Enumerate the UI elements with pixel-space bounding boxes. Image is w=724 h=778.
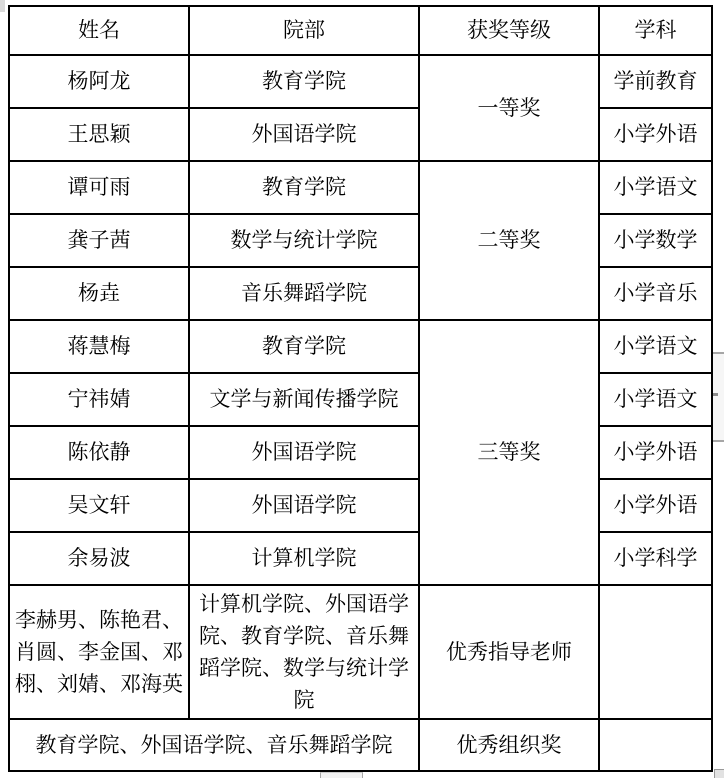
cell-award-second-prize: 二等奖: [419, 161, 599, 320]
cell-subject: 学前教育: [599, 55, 712, 108]
cell-name: 蒋慧梅: [9, 320, 189, 373]
page-edge-artifact: [0, 0, 5, 12]
table-row: 陈依静 外国语学院 小学外语: [9, 426, 712, 479]
horizontal-scrollbar-thumb[interactable]: [320, 772, 363, 778]
cell-award-third-prize: 三等奖: [419, 320, 599, 585]
header-department: 院部: [189, 6, 419, 55]
cell-subject: 小学语文: [599, 373, 712, 426]
cell-subject: 小学数学: [599, 214, 712, 267]
cell-department: 外国语学院: [189, 108, 419, 161]
cell-name: 余易波: [9, 532, 189, 585]
cell-name: 谭可雨: [9, 161, 189, 214]
cell-subject-empty: [599, 719, 712, 771]
cell-subject: 小学外语: [599, 479, 712, 532]
scrollbar-corner: [714, 769, 724, 778]
table-row: 杨阿龙 教育学院 一等奖 学前教育: [9, 55, 712, 108]
table-row: 谭可雨 教育学院 二等奖 小学语文: [9, 161, 712, 214]
table-row: 王思颖 外国语学院 小学外语: [9, 108, 712, 161]
header-award-level: 获奖等级: [419, 6, 599, 55]
cell-subject: 小学语文: [599, 161, 712, 214]
cell-award-organization: 优秀组织奖: [419, 719, 599, 771]
cell-subject: 小学外语: [599, 108, 712, 161]
cell-name: 吴文轩: [9, 479, 189, 532]
cell-subject: 小学语文: [599, 320, 712, 373]
header-name: 姓名: [9, 6, 189, 55]
cell-department: 文学与新闻传播学院: [189, 373, 419, 426]
table-row: 余易波 计算机学院 小学科学: [9, 532, 712, 585]
cell-department: 外国语学院: [189, 426, 419, 479]
header-subject: 学科: [599, 6, 712, 55]
cell-department: 数学与统计学院: [189, 214, 419, 267]
cell-department: 外国语学院: [189, 479, 419, 532]
cell-tutor-departments: 计算机学院、外国语学院、教育学院、音乐舞蹈学院、数学与统计学院: [189, 585, 419, 719]
cell-subject: 小学音乐: [599, 267, 712, 320]
table-row-organization-award: 教育学院、外国语学院、音乐舞蹈学院 优秀组织奖: [9, 719, 712, 771]
cell-name: 杨垚: [9, 267, 189, 320]
cell-department: 教育学院: [189, 161, 419, 214]
cell-subject: 小学科学: [599, 532, 712, 585]
cell-award-tutor: 优秀指导老师: [419, 585, 599, 719]
table-row: 蒋慧梅 教育学院 三等奖 小学语文: [9, 320, 712, 373]
scrollbar-grip-icon: [713, 393, 718, 396]
award-table: 姓名 院部 获奖等级 学科 杨阿龙 教育学院 一等奖 学前教育 王思颖 外国语学…: [8, 5, 713, 772]
cell-name: 龚子茜: [9, 214, 189, 267]
cell-department: 教育学院: [189, 55, 419, 108]
table-row: 吴文轩 外国语学院 小学外语: [9, 479, 712, 532]
cell-name: 陈依静: [9, 426, 189, 479]
cell-department: 教育学院: [189, 320, 419, 373]
cell-organization-departments: 教育学院、外国语学院、音乐舞蹈学院: [9, 719, 419, 771]
cell-name: 王思颖: [9, 108, 189, 161]
cell-subject: 小学外语: [599, 426, 712, 479]
cell-subject-empty: [599, 585, 712, 719]
vertical-scrollbar-thumb[interactable]: [713, 352, 724, 442]
cell-name: 杨阿龙: [9, 55, 189, 108]
cell-name: 宁祎婧: [9, 373, 189, 426]
cell-department: 音乐舞蹈学院: [189, 267, 419, 320]
cell-tutor-names: 李赫男、陈艳君、肖圆、李金国、邓栩、刘婧、邓海英: [9, 585, 189, 719]
cell-department: 计算机学院: [189, 532, 419, 585]
table-row-tutor-award: 李赫男、陈艳君、肖圆、李金国、邓栩、刘婧、邓海英 计算机学院、外国语学院、教育学…: [9, 585, 712, 719]
document-page: 姓名 院部 获奖等级 学科 杨阿龙 教育学院 一等奖 学前教育 王思颖 外国语学…: [0, 0, 724, 778]
table-row: 龚子茜 数学与统计学院 小学数学: [9, 214, 712, 267]
table-header-row: 姓名 院部 获奖等级 学科: [9, 6, 712, 55]
table-row: 宁祎婧 文学与新闻传播学院 小学语文: [9, 373, 712, 426]
cell-award-first-prize: 一等奖: [419, 55, 599, 161]
table-row: 杨垚 音乐舞蹈学院 小学音乐: [9, 267, 712, 320]
